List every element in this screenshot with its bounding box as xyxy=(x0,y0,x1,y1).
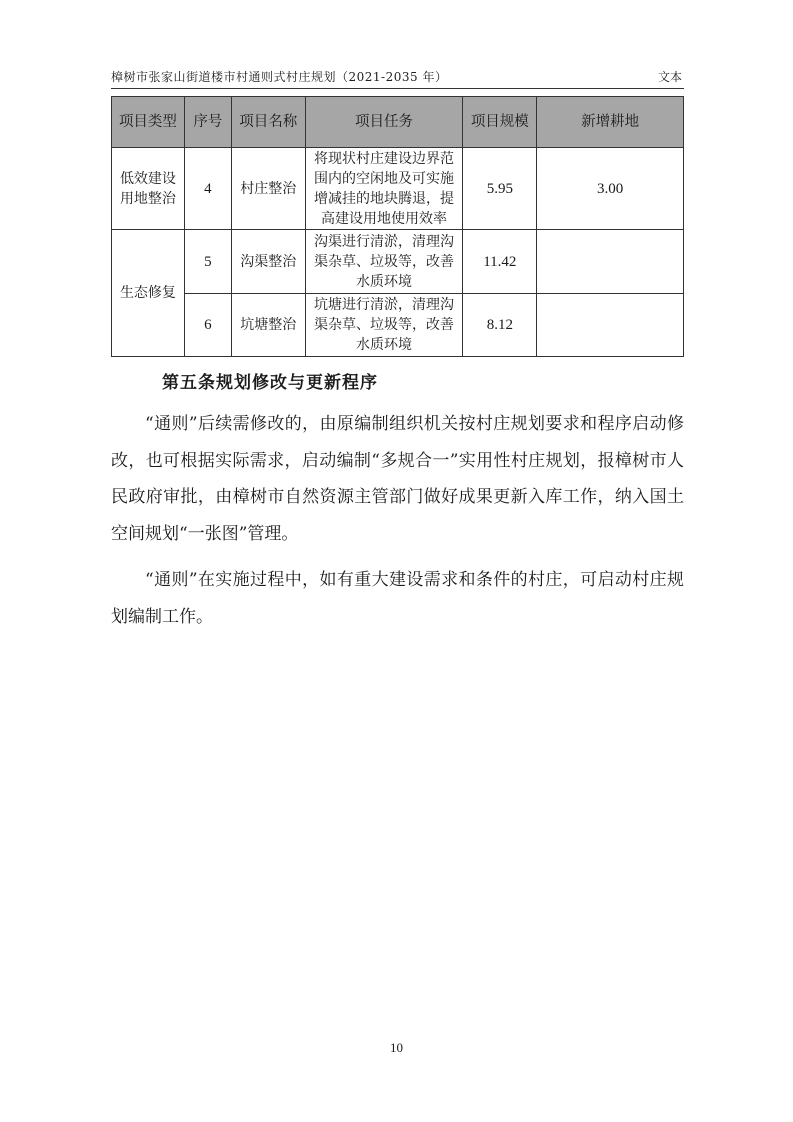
cell-type: 低效建设用地整治 xyxy=(112,148,185,230)
col-header-new-farmland: 新增耕地 xyxy=(537,97,684,148)
body-paragraph: “通则”在实施过程中，如有重大建设需求和条件的村庄，可启动村庄规划编制工作。 xyxy=(111,562,684,635)
cell-no: 6 xyxy=(184,294,231,357)
cell-new-farmland xyxy=(537,230,684,294)
col-header-name: 项目名称 xyxy=(231,97,305,148)
col-header-no: 序号 xyxy=(184,97,231,148)
document-type-label: 文本 xyxy=(658,68,682,85)
table-row: 低效建设用地整治 4 村庄整治 将现状村庄建设边界范围内的空闲地及可实施增减挂的… xyxy=(112,148,684,230)
cell-task: 将现状村庄建设边界范围内的空闲地及可实施增减挂的地块腾退，提高建设用地使用效率 xyxy=(305,148,463,230)
page-number: 10 xyxy=(0,1040,793,1056)
col-header-task: 项目任务 xyxy=(305,97,463,148)
col-header-scale: 项目规模 xyxy=(463,97,537,148)
running-header: 樟树市张家山街道楼市村通则式村庄规划（2021-2035 年） 文本 xyxy=(111,66,684,89)
cell-new-farmland: 3.00 xyxy=(537,148,684,230)
cell-new-farmland xyxy=(537,294,684,357)
document-title: 樟树市张家山街道楼市村通则式村庄规划（2021-2035 年） xyxy=(111,68,447,85)
cell-task: 沟渠进行清淤，清理沟渠杂草、垃圾等，改善水质环境 xyxy=(305,230,463,294)
cell-name: 坑塘整治 xyxy=(231,294,305,357)
cell-scale: 8.12 xyxy=(463,294,537,357)
cell-no: 4 xyxy=(184,148,231,230)
project-table: 项目类型 序号 项目名称 项目任务 项目规模 新增耕地 低效建设用地整治 4 村… xyxy=(111,96,684,357)
section-heading: 第五条规划修改与更新程序 xyxy=(162,368,378,393)
cell-no: 5 xyxy=(184,230,231,294)
table-row: 6 坑塘整治 坑塘进行清淤，清理沟渠杂草、垃圾等，改善水质环境 8.12 xyxy=(112,294,684,357)
cell-scale: 5.95 xyxy=(463,148,537,230)
cell-type: 生态修复 xyxy=(112,230,185,357)
table-header-row: 项目类型 序号 项目名称 项目任务 项目规模 新增耕地 xyxy=(112,97,684,148)
cell-name: 沟渠整治 xyxy=(231,230,305,294)
table-row: 生态修复 5 沟渠整治 沟渠进行清淤，清理沟渠杂草、垃圾等，改善水质环境 11.… xyxy=(112,230,684,294)
cell-task: 坑塘进行清淤，清理沟渠杂草、垃圾等，改善水质环境 xyxy=(305,294,463,357)
cell-name: 村庄整治 xyxy=(231,148,305,230)
cell-scale: 11.42 xyxy=(463,230,537,294)
col-header-type: 项目类型 xyxy=(112,97,185,148)
body-paragraph: “通则”后续需修改的，由原编制组织机关按村庄规划要求和程序启动修改，也可根据实际… xyxy=(111,406,684,552)
